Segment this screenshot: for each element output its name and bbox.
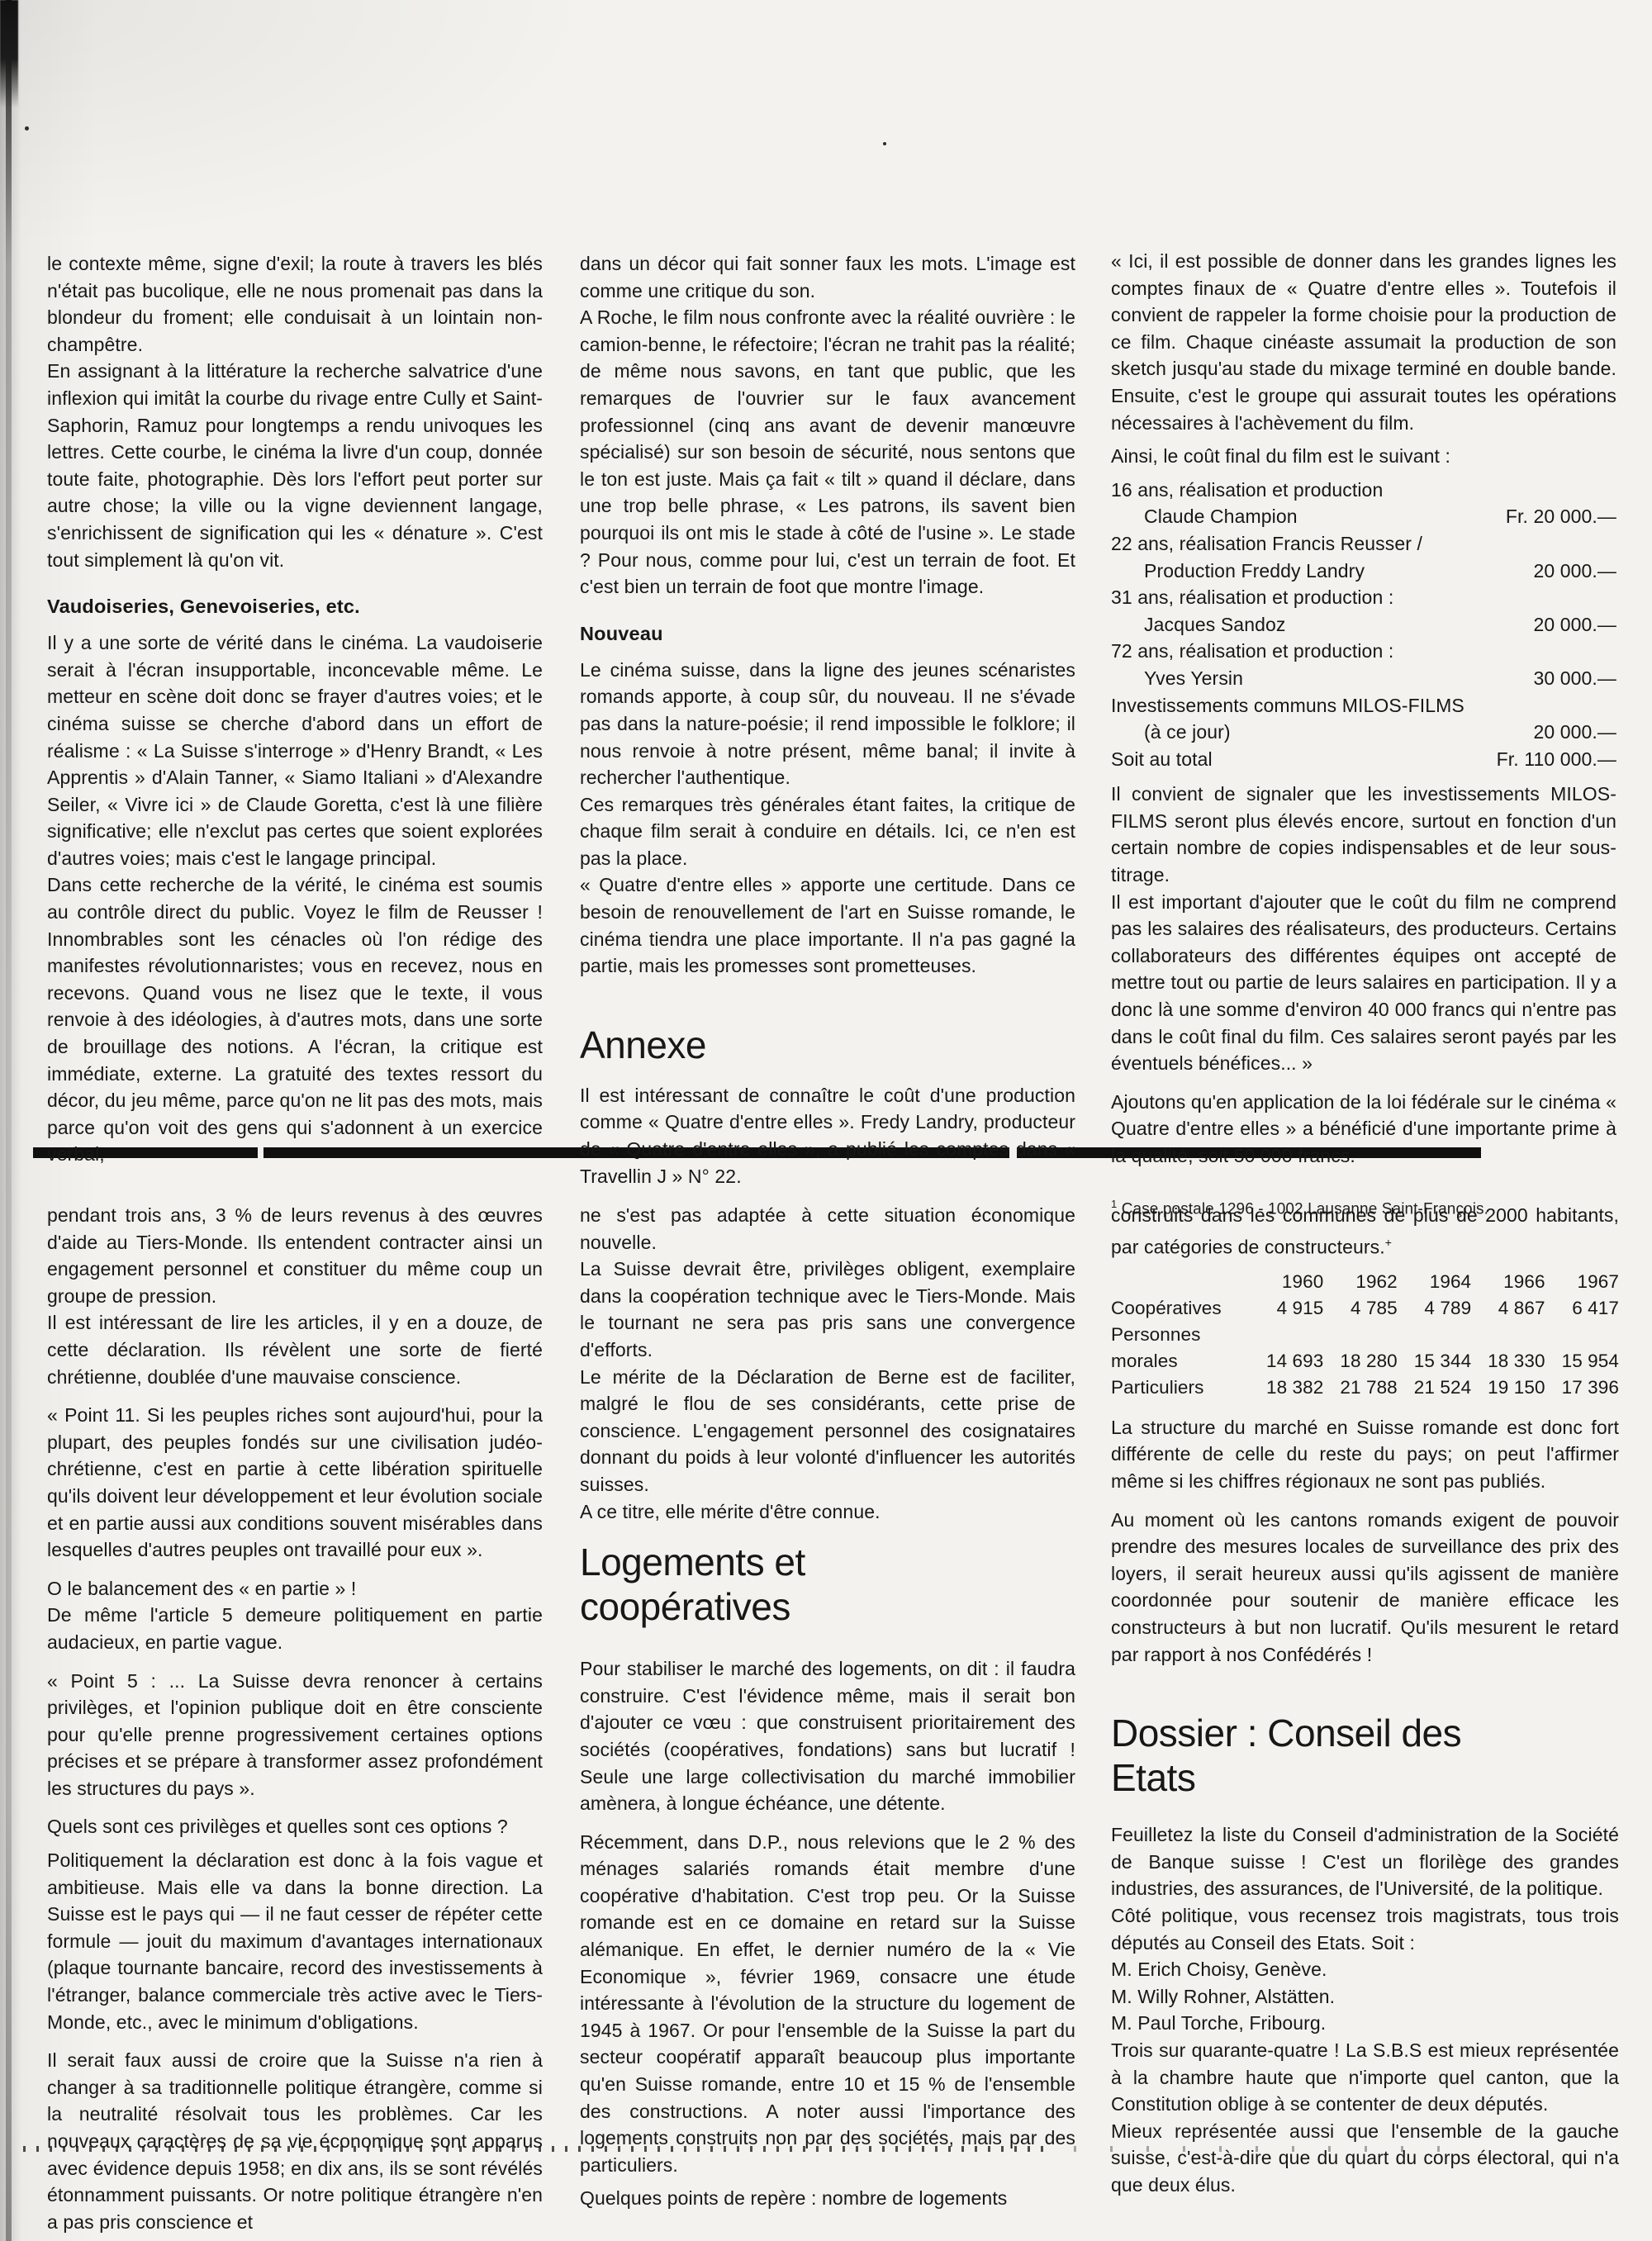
paragraph: Le mérite de la Déclaration de Berne est… [580, 1364, 1075, 1498]
table-row-label: Particuliers [1111, 1375, 1250, 1401]
bottom-column-3: construits dans les communes de plus de … [1111, 1202, 1619, 2199]
cost-amount: 20 000.— [1533, 719, 1616, 746]
cost-label: Yves Yersin [1111, 665, 1243, 692]
bottom-column-2: ne s'est pas adaptée à cette situation é… [580, 1202, 1075, 2212]
film-cost-list: 16 ans, réalisation et production Claude… [1111, 477, 1616, 773]
paragraph: Il y a une sorte de vérité dans le ciném… [47, 629, 543, 871]
table-cell: 18 330 [1474, 1348, 1545, 1375]
paragraph: Il est important d'ajouter que le coût d… [1111, 889, 1616, 1077]
cost-line: Claude Champion Fr. 20 000.— [1111, 503, 1616, 530]
paragraph: Mieux représentée aussi que l'ensemble d… [1111, 2118, 1619, 2199]
paragraph: La Suisse devrait être, privilèges oblig… [580, 1256, 1075, 1363]
paragraph: A ce titre, elle mérite d'être connue. [580, 1498, 1075, 1526]
scanned-magazine-page: le contexte même, signe d'exil; la route… [0, 0, 1652, 2241]
table-year-header: 1960 [1253, 1269, 1323, 1295]
paragraph: Il est intéressant de lire les articles,… [47, 1309, 543, 1390]
paragraph: Pour stabiliser le marché des logements,… [580, 1655, 1075, 1817]
table-cell: 4 789 [1401, 1295, 1471, 1322]
table-cell: 18 382 [1253, 1375, 1323, 1401]
paragraph: Politiquement la déclaration est donc à … [47, 1847, 543, 2035]
paragraph: Le cinéma suisse, dans la ligne des jeun… [580, 657, 1075, 791]
table-row-label: Coopératives [1111, 1295, 1250, 1322]
paragraph: « Point 5 : ... La Suisse devra renoncer… [47, 1668, 543, 1802]
paragraph: Il convient de signaler que les investis… [1111, 781, 1616, 888]
top-column-2: dans un décor qui fait sonner faux les m… [580, 250, 1075, 1189]
paragraph: le contexte même, signe d'exil; la route… [47, 250, 543, 358]
table-cell: 19 150 [1474, 1375, 1545, 1401]
paragraph: Feuilletez la liste du Conseil d'adminis… [1111, 1821, 1619, 1902]
paragraph: dans un décor qui fait sonner faux les m… [580, 250, 1075, 304]
footnote-marker: + [1385, 1236, 1392, 1249]
paragraph: ne s'est pas adaptée à cette situation é… [580, 1202, 1075, 1256]
subheading-nouveau: Nouveau [580, 620, 1075, 647]
cost-line: Yves Yersin 30 000.— [1111, 665, 1616, 692]
paragraph: construits dans les communes de plus de … [1111, 1202, 1619, 1261]
cost-label: Soit au total [1111, 746, 1213, 773]
section-title-dossier: Dossier : Conseil des Etats [1111, 1711, 1499, 1800]
cost-amount: 20 000.— [1533, 611, 1616, 639]
top-column-1: le contexte même, signe d'exil; la route… [47, 250, 543, 1168]
paragraph: « Ici, il est possible de donner dans le… [1111, 248, 1616, 436]
table-row-label: morales [1111, 1348, 1250, 1375]
table-cell: 14 693 [1253, 1348, 1323, 1375]
paragraph: Il est intéressant de connaître le coût … [580, 1082, 1075, 1189]
paragraph: « Point 11. Si les peuples riches sont a… [47, 1402, 543, 1564]
cost-label: Production Freddy Landry [1111, 558, 1365, 585]
paragraph: A Roche, le film nous confronte avec la … [580, 304, 1075, 601]
paragraph: Ainsi, le coût final du film est le suiv… [1111, 443, 1616, 470]
cost-line: 31 ans, réalisation et production : [1111, 584, 1616, 611]
cost-label: 72 ans, réalisation et production : [1111, 638, 1393, 665]
paragraph: Dans cette recherche de la vérité, le ci… [47, 871, 543, 1168]
cost-label: Investissements communs MILOS-FILMS [1111, 692, 1464, 719]
cost-line: Investissements communs MILOS-FILMS [1111, 692, 1616, 719]
paragraph: De même l'article 5 demeure politiquemen… [47, 1602, 543, 1655]
table-cell: 21 524 [1401, 1375, 1471, 1401]
cost-line: Jacques Sandoz 20 000.— [1111, 611, 1616, 639]
table-cell: 15 954 [1549, 1348, 1619, 1375]
subheading-vaudoiseries: Vaudoiseries, Genevoiseries, etc. [47, 593, 543, 620]
paragraph: Il serait faux aussi de croire que la Su… [47, 2047, 543, 2235]
cost-label: Claude Champion [1111, 503, 1298, 530]
paragraph: pendant trois ans, 3 % de leurs revenus … [47, 1202, 543, 1309]
table-cell [1327, 1322, 1397, 1348]
paragraph: En assignant à la littérature la recherc… [47, 358, 543, 573]
cost-line: 16 ans, réalisation et production [1111, 477, 1616, 504]
cost-amount: 20 000.— [1533, 558, 1616, 585]
ink-speck [883, 142, 886, 145]
paragraph: Trois sur quarante-quatre ! La S.B.S est… [1111, 2037, 1619, 2118]
council-member: M. Willy Rohner, Alstätten. [1111, 1983, 1619, 2011]
table-cell: 15 344 [1401, 1348, 1471, 1375]
table-cell [1474, 1322, 1545, 1348]
cost-label: (à ce jour) [1111, 719, 1231, 746]
cost-amount: Fr. 20 000.— [1506, 503, 1616, 530]
cost-label: Jacques Sandoz [1111, 611, 1285, 639]
ink-speck [25, 126, 29, 131]
top-column-3: « Ici, il est possible de donner dans le… [1111, 248, 1616, 1235]
table-year-header: 1964 [1401, 1269, 1471, 1295]
table-corner-cell [1111, 1269, 1250, 1295]
paragraph: « Quatre d'entre elles » apporte une cer… [580, 871, 1075, 979]
table-cell: 18 280 [1327, 1348, 1397, 1375]
cost-line: Production Freddy Landry 20 000.— [1111, 558, 1616, 585]
council-member: M. Paul Torche, Fribourg. [1111, 2010, 1619, 2037]
table-year-header: 1962 [1327, 1269, 1397, 1295]
table-cell [1401, 1322, 1471, 1348]
cost-line: Soit au total Fr. 110 000.— [1111, 746, 1616, 773]
bottom-column-1: pendant trois ans, 3 % de leurs revenus … [47, 1202, 543, 2235]
cost-line: 72 ans, réalisation et production : [1111, 638, 1616, 665]
left-edge-scan-line [6, 0, 12, 2241]
cost-amount: 30 000.— [1533, 665, 1616, 692]
table-cell: 21 788 [1327, 1375, 1397, 1401]
table-year-header: 1966 [1474, 1269, 1545, 1295]
council-members-list: M. Erich Choisy, Genève. M. Willy Rohner… [1111, 1956, 1619, 2037]
table-cell: 4 785 [1327, 1295, 1397, 1322]
paragraph: Ces remarques très générales étant faite… [580, 791, 1075, 872]
table-row-label: Personnes [1111, 1322, 1250, 1348]
cost-amount: Fr. 110 000.— [1497, 746, 1616, 773]
table-year-header: 1967 [1549, 1269, 1619, 1295]
cost-label: 22 ans, réalisation Francis Reusser / [1111, 530, 1422, 558]
cost-label: 31 ans, réalisation et production : [1111, 584, 1393, 611]
paragraph-text: construits dans les communes de plus de … [1111, 1204, 1619, 1257]
table-cell [1253, 1322, 1323, 1348]
paragraph: O le balancement des « en partie » ! [47, 1575, 543, 1602]
table-cell [1549, 1322, 1619, 1348]
paragraph: Au moment où les cantons romands exigent… [1111, 1507, 1619, 1669]
section-title-annexe: Annexe [580, 1023, 1075, 1067]
paragraph: Côté politique, vous recensez trois magi… [1111, 1902, 1619, 1956]
paragraph: Récemment, dans D.P., nous relevions que… [580, 1829, 1075, 2179]
table-cell: 17 396 [1549, 1375, 1619, 1401]
paragraph: Quelques points de repère : nombre de lo… [580, 2185, 1075, 2212]
top-left-scan-blob [0, 0, 18, 107]
table-cell: 4 867 [1474, 1295, 1545, 1322]
paragraph: Quels sont ces privilèges et quelles son… [47, 1813, 543, 1840]
housing-construction-table: 1960 1962 1964 1966 1967 Coopératives 4 … [1111, 1269, 1619, 1401]
council-member: M. Erich Choisy, Genève. [1111, 1956, 1619, 1983]
cost-line: 22 ans, réalisation Francis Reusser / [1111, 530, 1616, 558]
table-cell: 4 915 [1253, 1295, 1323, 1322]
table-cell: 6 417 [1549, 1295, 1619, 1322]
paragraph: Ajoutons qu'en application de la loi féd… [1111, 1089, 1616, 1170]
paragraph: La structure du marché en Suisse romande… [1111, 1414, 1619, 1495]
section-title-logements: Logements et coopératives [580, 1540, 943, 1629]
cost-label: 16 ans, réalisation et production [1111, 477, 1383, 504]
cost-line: (à ce jour) 20 000.— [1111, 719, 1616, 746]
